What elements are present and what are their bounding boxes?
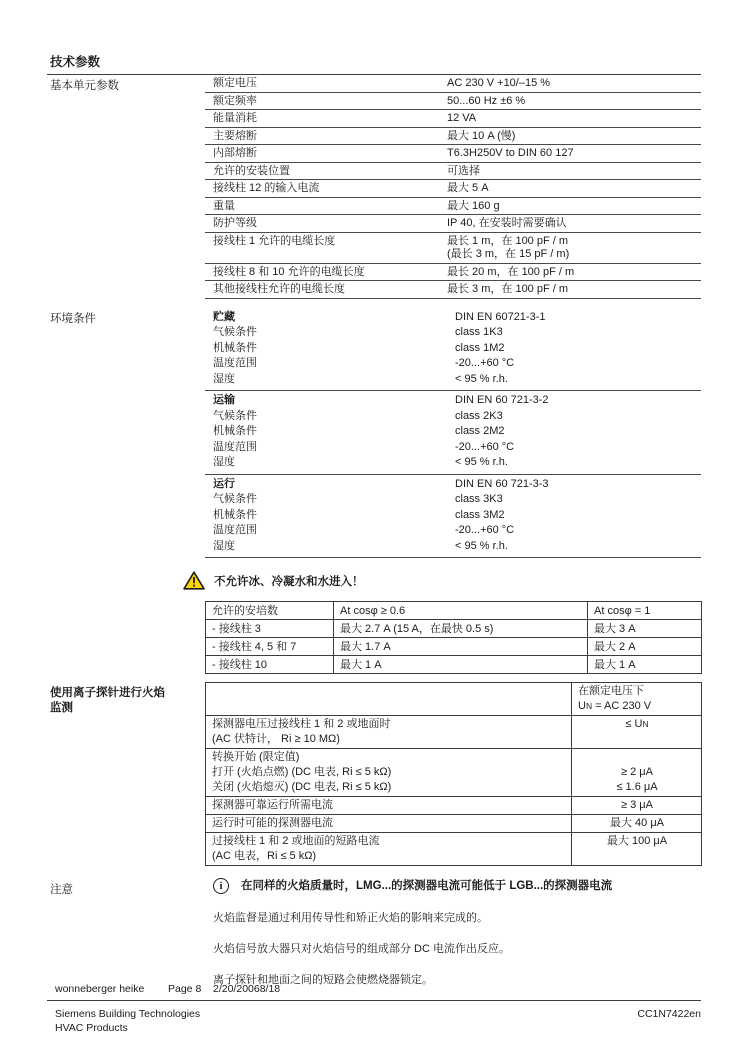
footer-page-number: Page 8 [168, 983, 213, 995]
section-label-environment: 环境条件 [47, 308, 205, 559]
param-value: 12 VA [447, 112, 701, 126]
footer-company-line1: Siemens Building Technologies [55, 1007, 200, 1021]
environment-value: < 95 % r.h. [455, 456, 508, 470]
flame-table-body: 在额定电压下UN = AC 230 V探测器电压过接线柱 1 和 2 或地面时(… [206, 683, 702, 866]
environment-heading-row: 运输DIN EN 60 721-3-2 [205, 393, 701, 409]
environment-label: 湿度 [213, 373, 455, 387]
section-notes: 注意 i 在同样的火焰质量时，LMG...的探测器电流可能低于 LGB...的探… [47, 879, 701, 987]
amperage-row: - 接线柱 10最大 1 A最大 1 A [206, 656, 702, 674]
note-paragraph: 火焰监督是通过利用传导性和矫正火焰的影响来完成的。 [213, 911, 701, 925]
section-basic-params: 基本单元参数 额定电压AC 230 V +10/–15 %额定频率50...60… [47, 75, 701, 299]
info-icon: i [213, 878, 229, 894]
amperage-cell: 最大 1 A [334, 656, 588, 674]
environment-label: 气候条件 [213, 410, 455, 424]
amperage-cell: 最大 2 A [588, 638, 702, 656]
environment-value: -20...+60 °C [455, 524, 514, 538]
environment-value: class 1K3 [455, 326, 503, 340]
warning-triangle-icon [183, 571, 205, 590]
environment-label: 湿度 [213, 456, 455, 470]
param-value: IP 40, 在安装时需要确认 [447, 217, 701, 231]
param-value: 最长 3 m，在 100 pF / m [447, 283, 701, 297]
environment-row: 气候条件class 3K3 [205, 492, 701, 508]
environment-block: 运输DIN EN 60 721-3-2气候条件class 2K3机械条件clas… [205, 391, 701, 475]
environment-row: 湿度< 95 % r.h. [205, 539, 701, 555]
section-label-flame-monitoring: 使用离子探针进行火焰 监测 [47, 682, 205, 866]
flame-row: 探测器可靠运行所需电流≥ 3 μA [206, 797, 702, 815]
flame-header-row: 在额定电压下UN = AC 230 V [206, 683, 702, 716]
param-row: 接线柱 1 允许的电缆长度最长 1 m，在 100 pF / m(最长 3 m，… [205, 233, 701, 264]
environment-label: 机械条件 [213, 509, 455, 523]
environment-value: class 3K3 [455, 493, 503, 507]
environment-blocks: 贮藏DIN EN 60721-3-1气候条件class 1K3机械条件class… [205, 308, 701, 559]
footer-doc-id: CC1N7422en [637, 1007, 701, 1035]
flame-label-cell: 探测器可靠运行所需电流 [206, 797, 572, 815]
environment-value: class 3M2 [455, 509, 505, 523]
amperage-table: 允许的安培数At cosφ ≥ 0.6At cosφ = 1- 接线柱 3最大 … [205, 601, 702, 674]
environment-row: 温度范围-20...+60 °C [205, 356, 701, 372]
param-label: 接线柱 12 的输入电流 [213, 182, 447, 196]
flame-label-cell: 探测器电压过接线柱 1 和 2 或地面时(AC 伏特计， Ri ≥ 10 MΩ) [206, 716, 572, 749]
note-bold-row: i 在同样的火焰质量时，LMG...的探测器电流可能低于 LGB...的探测器电… [213, 879, 701, 894]
flame-value-cell: 最大 40 μA [572, 815, 702, 833]
flame-header-empty-cell [206, 683, 572, 716]
param-value: AC 230 V +10/–15 % [447, 77, 701, 91]
param-row: 重量最大 160 g [205, 198, 701, 216]
amperage-cell: 最大 2.7 A (15 A，在最快 0.5 s) [334, 620, 588, 638]
environment-label: 气候条件 [213, 326, 455, 340]
environment-heading: 运输 [213, 394, 455, 408]
section-flame-monitoring: 使用离子探针进行火焰 监测 在额定电压下UN = AC 230 V探测器电压过接… [47, 682, 701, 866]
page-footer: wonneberger heikePage 82/20/20068/18 Sie… [47, 983, 701, 1035]
param-label: 主要熔断 [213, 130, 447, 144]
amperage-cell: 最大 3 A [588, 620, 702, 638]
note-paragraphs: 火焰监督是通过利用传导性和矫正火焰的影响来完成的。火焰信号放大器只对火焰信号的组… [213, 911, 701, 987]
amperage-header-cell: 允许的安培数 [206, 602, 334, 620]
amperage-cell: - 接线柱 3 [206, 620, 334, 638]
flame-header-value-cell: 在额定电压下UN = AC 230 V [572, 683, 702, 716]
param-label: 额定频率 [213, 95, 447, 109]
warning-text: 不允许冰、冷凝水和水进入！ [214, 573, 364, 589]
param-value: 50...60 Hz ±6 % [447, 95, 701, 109]
footer-date: 2/20/20068/18 [213, 983, 280, 995]
flame-value-cell: ≥ 2 μA≤ 1.6 μA [572, 749, 702, 797]
environment-row: 温度范围-20...+60 °C [205, 523, 701, 539]
environment-label: 温度范围 [213, 441, 455, 455]
note-bold-text: 在同样的火焰质量时，LMG...的探测器电流可能低于 LGB...的探测器电流 [241, 879, 612, 894]
environment-heading: 运行 [213, 478, 455, 492]
param-value: 最大 10 A (慢) [447, 130, 701, 144]
environment-row: 机械条件class 3M2 [205, 508, 701, 524]
environment-value: -20...+60 °C [455, 441, 514, 455]
environment-heading-row: 运行DIN EN 60 721-3-3 [205, 477, 701, 493]
param-row: 主要熔断最大 10 A (慢) [205, 128, 701, 146]
footer-company-line2: HVAC Products [55, 1021, 200, 1035]
param-label: 允许的安装位置 [213, 165, 447, 179]
param-label: 额定电压 [213, 77, 447, 91]
flame-value-cell: 最大 100 μA [572, 833, 702, 866]
environment-value: class 2K3 [455, 410, 503, 424]
flame-monitoring-table: 在额定电压下UN = AC 230 V探测器电压过接线柱 1 和 2 或地面时(… [205, 682, 702, 866]
amperage-cell: 最大 1 A [588, 656, 702, 674]
flame-value-cell: ≥ 3 μA [572, 797, 702, 815]
environment-label: 湿度 [213, 540, 455, 554]
environment-row: 机械条件class 1M2 [205, 341, 701, 357]
warning-row: 不允许冰、冷凝水和水进入！ [183, 571, 701, 590]
amperage-cell: - 接线柱 10 [206, 656, 334, 674]
param-value: T6.3H250V to DIN 60 127 [447, 147, 701, 161]
param-row: 额定电压AC 230 V +10/–15 % [205, 75, 701, 93]
environment-row: 湿度< 95 % r.h. [205, 372, 701, 388]
environment-row: 气候条件class 1K3 [205, 325, 701, 341]
flame-label-cell: 运行时可能的探测器电流 [206, 815, 572, 833]
environment-standard: DIN EN 60 721-3-2 [455, 394, 549, 408]
footer-company-row: Siemens Building Technologies HVAC Produ… [47, 1007, 701, 1035]
environment-value: class 2M2 [455, 425, 505, 439]
flame-label-cell: 转换开始 (限定值)打开 (火焰点燃) (DC 电表, Ri ≤ 5 kΩ)关闭… [206, 749, 572, 797]
amperage-row: - 接线柱 3最大 2.7 A (15 A，在最快 0.5 s)最大 3 A [206, 620, 702, 638]
param-row: 接线柱 8 和 10 允许的电缆长度最长 20 m，在 100 pF / m [205, 264, 701, 282]
environment-label: 温度范围 [213, 357, 455, 371]
environment-standard: DIN EN 60721-3-1 [455, 311, 546, 325]
amperage-table-body: 允许的安培数At cosφ ≥ 0.6At cosφ = 1- 接线柱 3最大 … [206, 602, 702, 674]
section-label-notes: 注意 [47, 879, 205, 987]
param-row: 其他接线柱允许的电缆长度最长 3 m，在 100 pF / m [205, 281, 701, 299]
amperage-cell: - 接线柱 4, 5 和 7 [206, 638, 334, 656]
amperage-row: - 接线柱 4, 5 和 7最大 1.7 A最大 2 A [206, 638, 702, 656]
section-amperage: 允许的安培数At cosφ ≥ 0.6At cosφ = 1- 接线柱 3最大 … [47, 590, 701, 674]
environment-label: 气候条件 [213, 493, 455, 507]
param-value: 最长 20 m，在 100 pF / m [447, 266, 701, 280]
environment-value: < 95 % r.h. [455, 540, 508, 554]
amperage-header-cell: At cosφ ≥ 0.6 [334, 602, 588, 620]
environment-row: 湿度< 95 % r.h. [205, 455, 701, 471]
param-row: 额定频率50...60 Hz ±6 % [205, 93, 701, 111]
param-row: 能量消耗12 VA [205, 110, 701, 128]
environment-heading: 贮藏 [213, 311, 455, 325]
document-page: 技术参数 基本单元参数 额定电压AC 230 V +10/–15 %额定频率50… [0, 0, 750, 1061]
amperage-header-row: 允许的安培数At cosφ ≥ 0.6At cosφ = 1 [206, 602, 702, 620]
section-label-basic-params: 基本单元参数 [47, 75, 205, 299]
param-value: 最大 160 g [447, 200, 701, 214]
note-paragraph: 火焰信号放大器只对火焰信号的组成部分 DC 电流作出反应。 [213, 942, 701, 956]
flame-row: 过接线柱 1 和 2 或地面的短路电流(AC 电表，Ri ≤ 5 kΩ)最大 1… [206, 833, 702, 866]
param-label: 能量消耗 [213, 112, 447, 126]
amperage-header-cell: At cosφ = 1 [588, 602, 702, 620]
environment-value: < 95 % r.h. [455, 373, 508, 387]
param-label: 其他接线柱允许的电缆长度 [213, 283, 447, 297]
param-value: 最大 5 A [447, 182, 701, 196]
environment-block: 运行DIN EN 60 721-3-3气候条件class 3K3机械条件clas… [205, 475, 701, 559]
environment-label: 温度范围 [213, 524, 455, 538]
page-title: 技术参数 [47, 52, 701, 75]
param-row: 内部熔断T6.3H250V to DIN 60 127 [205, 145, 701, 163]
param-label: 重量 [213, 200, 447, 214]
environment-row: 机械条件class 2M2 [205, 424, 701, 440]
section-environment: 环境条件 贮藏DIN EN 60721-3-1气候条件class 1K3机械条件… [47, 308, 701, 559]
environment-value: class 1M2 [455, 342, 505, 356]
basic-params-rows: 额定电压AC 230 V +10/–15 %额定频率50...60 Hz ±6 … [205, 75, 701, 299]
param-label: 内部熔断 [213, 147, 447, 161]
environment-label: 机械条件 [213, 425, 455, 439]
flame-row: 运行时可能的探测器电流最大 40 μA [206, 815, 702, 833]
flame-value-cell: ≤ UN [572, 716, 702, 749]
param-row: 防护等级IP 40, 在安装时需要确认 [205, 215, 701, 233]
param-label: 接线柱 8 和 10 允许的电缆长度 [213, 266, 447, 280]
environment-standard: DIN EN 60 721-3-3 [455, 478, 549, 492]
param-row: 接线柱 12 的输入电流最大 5 A [205, 180, 701, 198]
environment-label: 机械条件 [213, 342, 455, 356]
environment-heading-row: 贮藏DIN EN 60721-3-1 [205, 310, 701, 326]
param-value: 最长 1 m，在 100 pF / m(最长 3 m，在 15 pF / m) [447, 235, 701, 262]
environment-value: -20...+60 °C [455, 357, 514, 371]
environment-block: 贮藏DIN EN 60721-3-1气候条件class 1K3机械条件class… [205, 308, 701, 392]
flame-row: 探测器电压过接线柱 1 和 2 或地面时(AC 伏特计， Ri ≥ 10 MΩ)… [206, 716, 702, 749]
param-label: 接线柱 1 允许的电缆长度 [213, 235, 447, 262]
param-label: 防护等级 [213, 217, 447, 231]
environment-row: 温度范围-20...+60 °C [205, 440, 701, 456]
param-row: 允许的安装位置可选择 [205, 163, 701, 181]
flame-row: 转换开始 (限定值)打开 (火焰点燃) (DC 电表, Ri ≤ 5 kΩ)关闭… [206, 749, 702, 797]
amperage-cell: 最大 1.7 A [334, 638, 588, 656]
footer-author: wonneberger heike [55, 983, 168, 995]
environment-row: 气候条件class 2K3 [205, 409, 701, 425]
footer-meta-row: wonneberger heikePage 82/20/20068/18 [47, 983, 701, 1001]
param-value: 可选择 [447, 165, 701, 179]
flame-label-cell: 过接线柱 1 和 2 或地面的短路电流(AC 电表，Ri ≤ 5 kΩ) [206, 833, 572, 866]
